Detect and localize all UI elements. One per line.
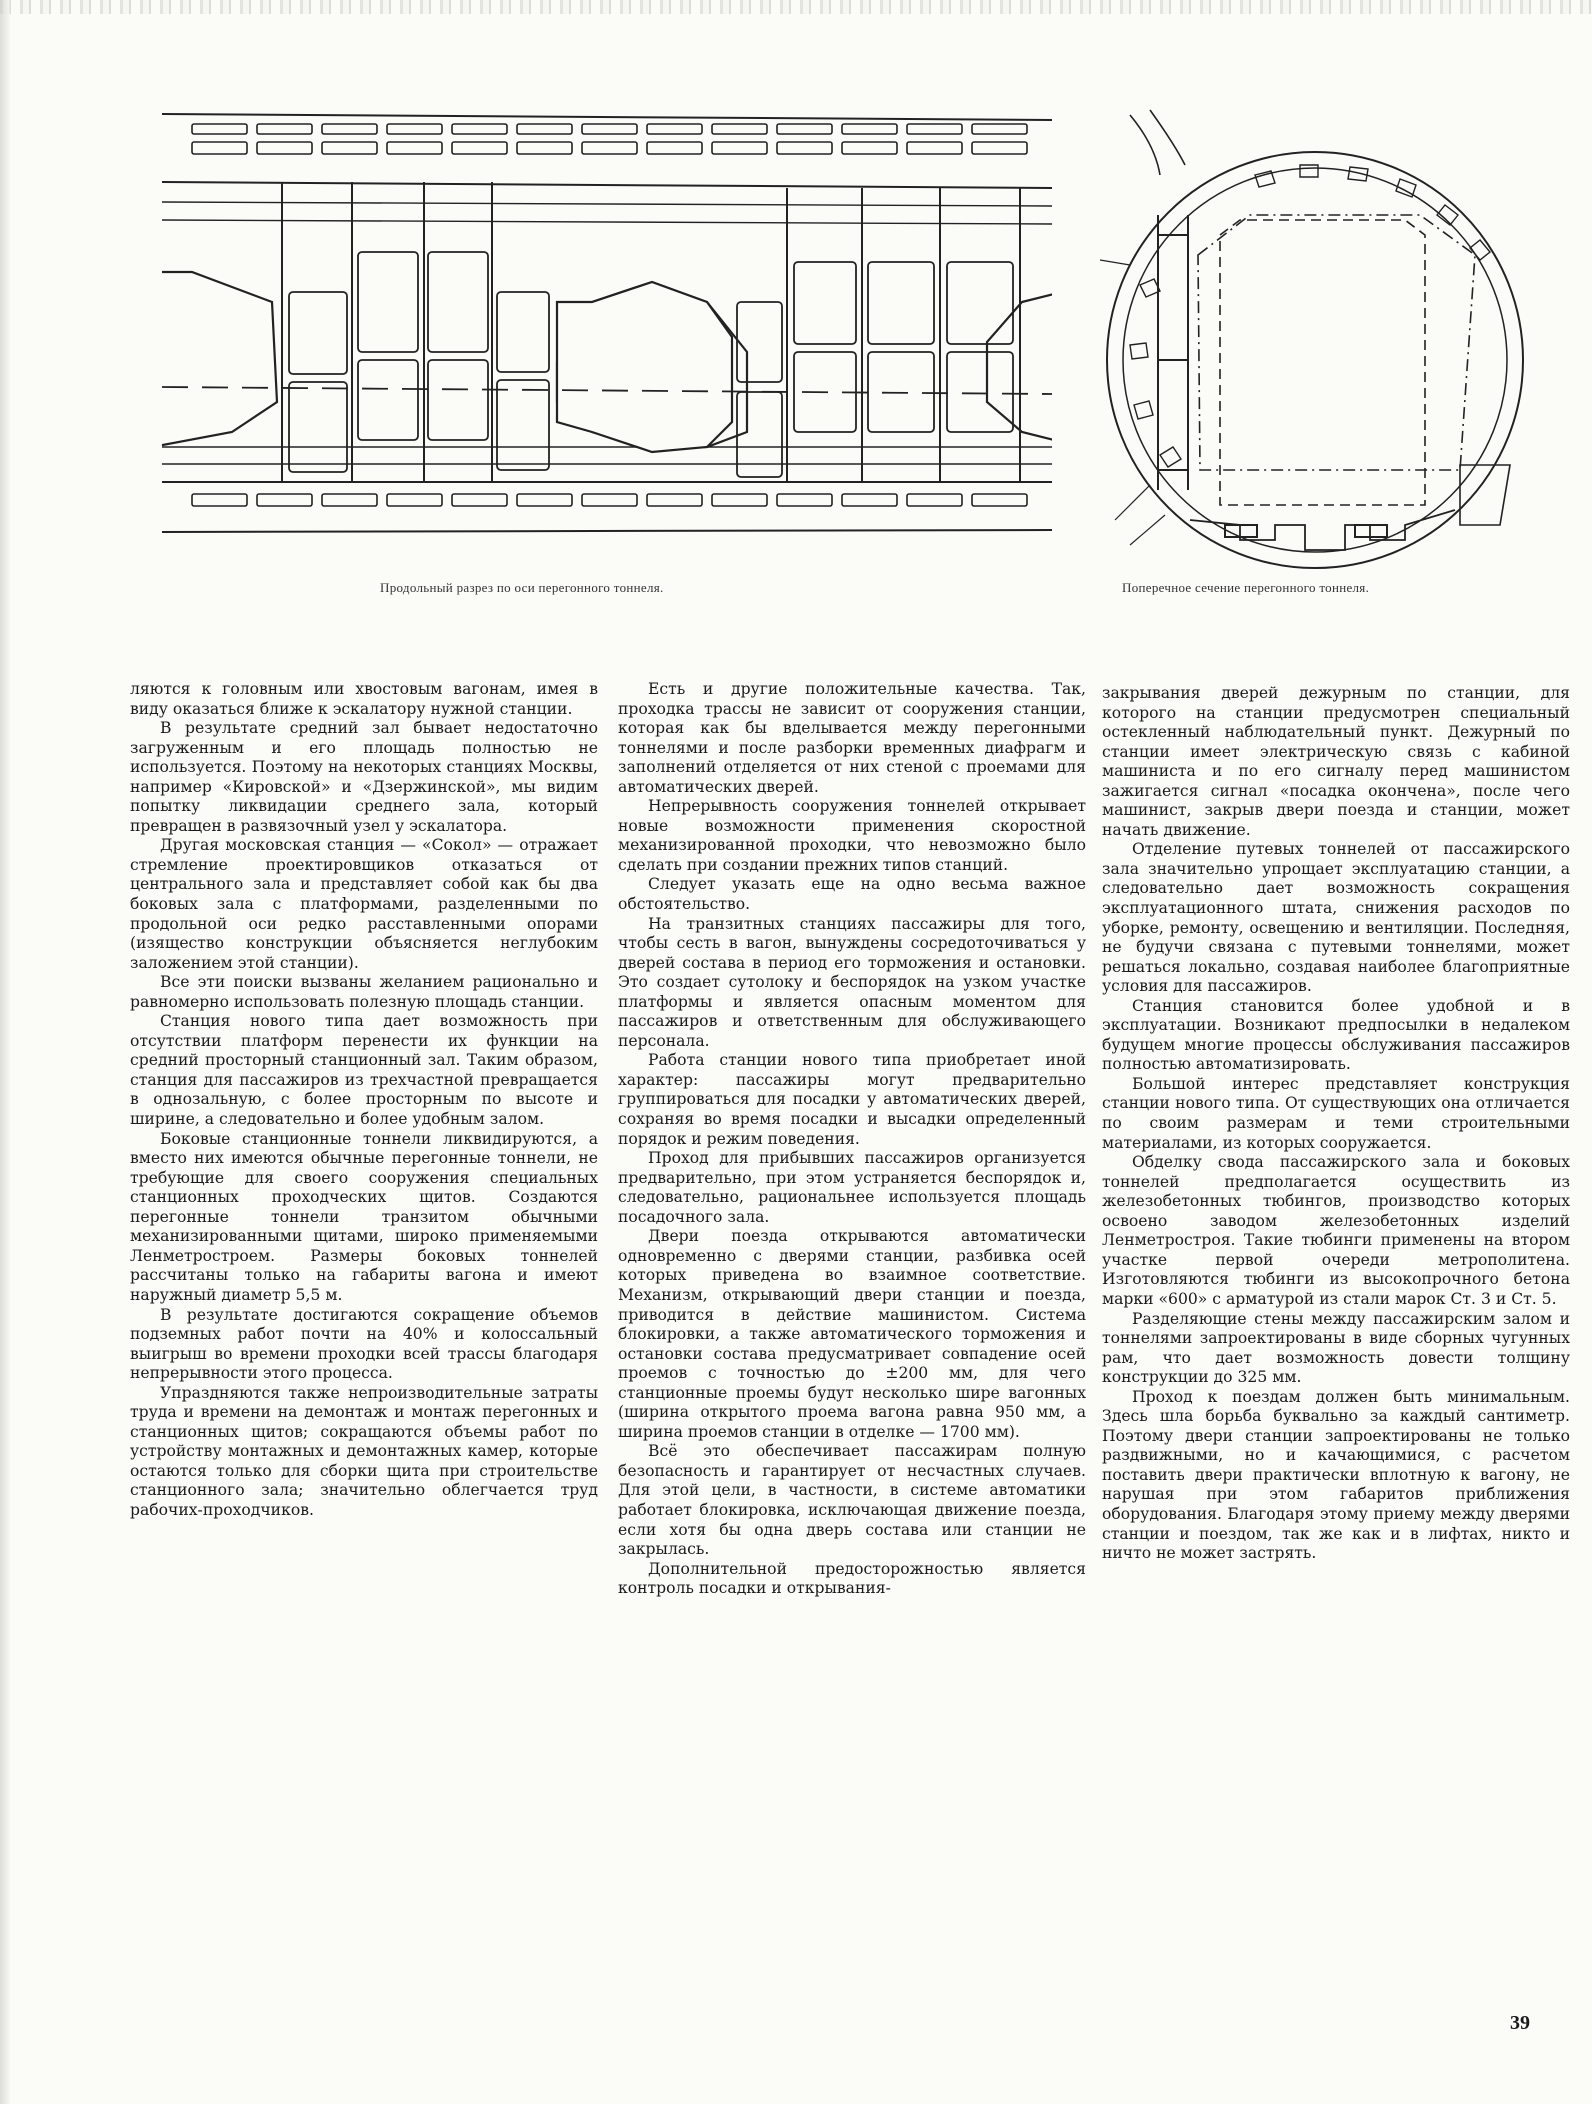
paragraph: Упраздняются также непроизводительные за… — [130, 1384, 598, 1521]
paragraph: Есть и другие положительные качества. Та… — [618, 680, 1086, 797]
paragraph: Непрерывность сооружения тоннелей открыв… — [618, 797, 1086, 875]
paragraph: В результате средний зал бывает недостат… — [130, 719, 598, 836]
text-column-middle: Есть и другие положительные качества. Та… — [618, 680, 1086, 1599]
figure-caption-longitudinal: Продольный разрез по оси перегонного тон… — [380, 580, 664, 596]
paragraph: В результате достигаются сокращение объе… — [130, 1306, 598, 1384]
text-column-right: закрывания дверей дежурным по станции, д… — [1102, 684, 1570, 1564]
paragraph: Дополнительной предосторожностью являетс… — [618, 1560, 1086, 1599]
text-column-left: ляются к головным или хвостовым вагонам,… — [130, 680, 598, 1521]
paragraph: На транзитных станциях пассажиры для тог… — [618, 915, 1086, 1052]
page-number: 39 — [1510, 2012, 1530, 2035]
figure-caption-cross: Поперечное сечение перегонного тоннеля. — [1122, 580, 1369, 596]
paragraph: Работа станции нового типа приобретает и… — [618, 1051, 1086, 1149]
paragraph: Разделяющие стены между пассажирским зал… — [1102, 1310, 1570, 1388]
paragraph: Проход для прибывших пассажиров организу… — [618, 1149, 1086, 1227]
paragraph: Большой интерес представляет конструкция… — [1102, 1075, 1570, 1153]
paragraph: Все эти поиски вызваны желанием рационал… — [130, 973, 598, 1012]
longitudinal-section-drawing-icon — [162, 102, 1052, 542]
paragraph: закрывания дверей дежурным по станции, д… — [1102, 684, 1570, 840]
paragraph: Двери поезда открываются автоматически о… — [618, 1227, 1086, 1442]
paragraph: Другая московская станция — «Сокол» — от… — [130, 836, 598, 973]
paragraph: Станция нового типа дает возможность при… — [130, 1012, 598, 1129]
scan-edge-top — [0, 0, 1592, 14]
paragraph: Боковые станционные тоннели ликвидируютс… — [130, 1130, 598, 1306]
paragraph: Обделку свода пассажирского зала и боков… — [1102, 1153, 1570, 1309]
paragraph: Отделение путевых тоннелей от пассажирск… — [1102, 840, 1570, 996]
paragraph: Станция становится более удобной и в экс… — [1102, 997, 1570, 1075]
tunnel-cross-section-drawing-icon — [1100, 105, 1540, 585]
paragraph: Проход к поездам должен быть минимальным… — [1102, 1388, 1570, 1564]
scan-edge-left — [0, 0, 10, 2104]
paragraph: Всё это обеспечивает пассажирам полную б… — [618, 1442, 1086, 1559]
paragraph: Следует указать еще на одно весьма важно… — [618, 875, 1086, 914]
paragraph: ляются к головным или хвостовым вагонам,… — [130, 680, 598, 719]
